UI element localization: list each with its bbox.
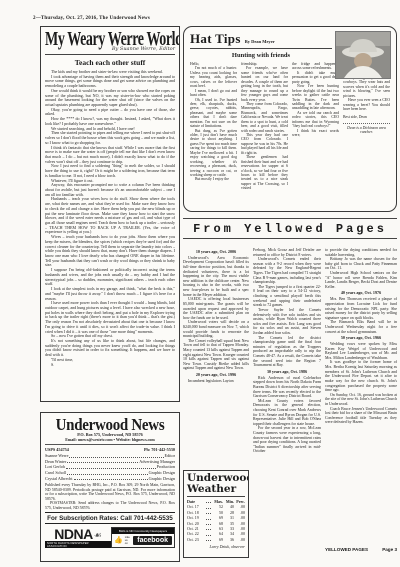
weather-title-line2: Weather — [187, 484, 245, 495]
yellowed-paragraph: The Bismarck Elks Band will be in Underw… — [325, 320, 397, 334]
yellowed-paragraph: McLean County voters favored Democrats i… — [253, 399, 321, 427]
weather-table-rows: Oct. 17 52 40 .00 Oct. 18 50 28 .00 Oct.… — [187, 504, 245, 542]
yellowed-paragraph: Freborg, Mick Grosz and Jeff Detzler are… — [253, 248, 321, 257]
staff-row: Crystal Albrecht Graphic Design — [45, 476, 175, 482]
dotted-leader — [206, 504, 211, 508]
yellowed-paragraph: The Tigers jumped to a first quarter 22-… — [253, 285, 321, 308]
staff-role: Graphic Design — [149, 476, 175, 482]
yellowed-paragraph: Underwood's Comets ended their season wi… — [253, 257, 321, 285]
werre-paragraph: Husbands – teach your wives how to do st… — [45, 197, 175, 235]
dotted-leader — [206, 510, 211, 514]
hat-tips-paragraph: the fridge and happened across some refr… — [292, 62, 339, 71]
weather-prec-cell: .00 — [234, 537, 245, 542]
yellowed-pages-header: From Yellowed Pages — [183, 218, 397, 239]
yellowed-paragraph: On Sunday, Oct. 16, ground was broken at… — [325, 393, 397, 407]
yellowed-paragraph: Rick Anderson of rural Coleharbor steppe… — [253, 376, 321, 399]
subscription-rates-bar: For Subscription Rates: Call 701-442-553… — [45, 512, 175, 524]
yellowed-paragraph: Underwood's Area Economic Development Co… — [183, 256, 249, 297]
news-contact-line: Email: unews@westriv.com • Website: bhgn… — [45, 437, 175, 442]
werre-paragraph: One would think it would be my brother o… — [45, 89, 175, 108]
news-meta-row: USPS 454754 Ph: 701-442-5530 — [45, 444, 175, 453]
dotted-leader — [67, 470, 148, 475]
hat-tips-column-3: the fridge and happened across some refr… — [292, 62, 339, 192]
yellowed-paragraph: Underwood voters will decide on a $240,0… — [183, 320, 249, 338]
hat-tips-column-4: "In Wyoming they have real cowboys. They… — [343, 62, 390, 206]
ndna-subtitle: NORTH DAKOTA NEWSPAPER ASSOCIATION — [45, 541, 111, 548]
news-masthead-title: Underwood News — [45, 416, 175, 434]
hat-tips-paragraph: Now I've been hunting before daylight ti… — [292, 84, 339, 111]
yellowed-column-2: Freborg, Mick Grosz and Jeff Detzler are… — [253, 248, 321, 562]
werre-masthead-title: My Weary Werre World — [45, 29, 175, 57]
publisher-notice: Published every Thursday by BHG, Inc., P… — [45, 483, 175, 501]
werre-paragraph: I have used more power tools than I ever… — [45, 301, 175, 334]
hat-tips-paragraph: Dean is a Dickinson area rancher. — [343, 123, 390, 135]
news-masthead-box: Underwood News P.O. Box 575, Underwood, … — [40, 412, 180, 562]
dotted-leader — [206, 499, 211, 503]
werre-paragraph: Anyway, this encounter prompted me to wr… — [45, 183, 175, 197]
hat-tips-paragraph: They come from Colorado, Minneapolis, Fa… — [241, 102, 288, 133]
weather-title: Underwood Weather — [187, 473, 245, 497]
hat-tips-title: Hat Tips — [190, 31, 241, 47]
werre-column-box: My Weary Werre World By Suanne Werre, Ed… — [40, 26, 180, 402]
dotted-leader — [206, 521, 211, 525]
weather-box: Underwood Weather Date Max. Min. Prec. O… — [183, 470, 249, 558]
dotted-leader — [67, 459, 138, 464]
yellowed-column-1: 10 years ago, Oct. 2006Underwood's Area … — [183, 248, 249, 466]
yellowed-paragraph: 20 years ago, Oct. 1996 — [183, 373, 249, 378]
postmaster-notice: POSTMASTER: Send address changes to The … — [45, 501, 175, 510]
werre-paragraph: I took advantage of having them and thei… — [45, 75, 175, 89]
hat-tips-paragraph: This year they had one CEO from Colorado… — [241, 133, 288, 155]
staff-list: Suanne Werre Editor Dean Winter Advertis… — [45, 453, 175, 481]
dotted-leader — [74, 476, 148, 481]
ndna-wordmark: NDNA — [54, 527, 92, 541]
yellowed-paragraph: Mrs. Ben Thomson received a plaque of ap… — [325, 297, 397, 320]
page-folio: 2—Thursday, Oct. 27, 2016, The Underwood… — [33, 16, 150, 21]
yellowed-paragraph: Incumbent legislators Layton — [183, 379, 249, 384]
werre-paragraph: I suppose I'm being old-fashioned or pol… — [45, 268, 175, 287]
hat-tips-column-1: Hello,I'm not much of a hunter. Unless y… — [190, 62, 237, 192]
dotted-leader — [206, 537, 211, 541]
werre-headline: Teach each other stuff — [45, 58, 175, 67]
phone-number: Ph: 701-442-5530 — [144, 447, 175, 452]
yellowed-continuation-line: YELLOWED PAGES Page 3 — [325, 547, 397, 552]
wheat-icon: ☙ — [94, 530, 102, 541]
yellowed-paragraph: It was goodbye to the former home of Mrs… — [325, 360, 397, 392]
yellowed-paragraph: Wedding vows were spoken by Miss Karen K… — [325, 342, 397, 360]
hat-tips-paragraph: I think his exact words were, — [292, 129, 339, 138]
weather-min-cell: 36 — [223, 537, 234, 542]
hat-tips-paragraph: "In Wyoming they have real cowboys. They… — [343, 76, 390, 98]
like-us-label: Like us on — [125, 536, 132, 545]
columnist-photo — [335, 31, 391, 79]
dotted-leader — [66, 464, 156, 469]
werre-paragraph: It's not something any of us like to thi… — [45, 339, 175, 358]
werre-paragraph: I look at the simplest tools in my garag… — [45, 287, 175, 301]
werre-paragraph: Wives – teach your husbands how to do yo… — [45, 235, 175, 268]
hat-tips-paragraph: As we told our ranch and rodeo stories, … — [292, 111, 339, 129]
yellowed-paragraph: 10 years ago, Oct. 2006 — [183, 250, 249, 255]
werre-paragraph: Then she started pointing to pipes and t… — [45, 131, 175, 145]
hat-tips-column-2: friendship.For example, we have some fri… — [241, 62, 288, 192]
weather-max-cell: 69 — [212, 537, 223, 542]
dotted-leader — [206, 526, 211, 530]
cowboy-hat-portrait-icon — [336, 32, 390, 78]
ndna-logo: NDNA ☙ NORTH DAKOTA NEWSPAPER ASSOCIATIO… — [45, 527, 111, 548]
yellowed-paragraph: UAEDC is offering local businesses $5,00… — [183, 297, 249, 320]
yellowed-paragraph: 30 years ago, Oct. 1986 — [253, 370, 321, 375]
yellowed-paragraph: 40 years ago, Oct. 1976 — [325, 291, 397, 296]
dotted-leader — [69, 453, 163, 458]
hat-tips-paragraph: I'm not much of a hunter. Unless you cou… — [190, 66, 237, 88]
hat-tips-box: Hat Tips By Dean Meyer Hunting with frie… — [183, 26, 397, 212]
yellowed-paragraph: Coach Bruce Jensen's Underwood Comets lo… — [325, 407, 397, 425]
hat-tips-paragraph: But mostly I enjoy the — [190, 177, 237, 181]
hat-tips-body: Hello,I'm not much of a hunter. Unless y… — [190, 62, 390, 206]
dotted-leader — [206, 531, 211, 535]
facebook-logo: facebook — [133, 536, 172, 545]
werre-paragraph: I think it's fantastic that she knows th… — [45, 146, 175, 165]
yellowed-paragraph: The Comets led the district championship… — [253, 336, 321, 368]
weather-observer-credit: Larry Dziuk, observer — [187, 544, 245, 549]
hat-tips-paragraph: Best side, Dean — [343, 115, 390, 119]
logo-row: NDNA ☙ NORTH DAKOTA NEWSPAPER ASSOCIATIO… — [45, 527, 175, 548]
hat-tips-paragraph: For example, we have some friends who've… — [241, 66, 288, 102]
yellowed-paragraph: The Comet volleyball squad beat New Town… — [183, 339, 249, 371]
hat-tips-paragraph: But dang, as I've gotten older, I just d… — [190, 129, 237, 178]
hat-tips-headline: Hunting with friends — [190, 52, 332, 59]
werre-paragraph: Now I just need to find a soldering "thi… — [45, 164, 175, 178]
newspaper-page: 2—Thursday, Oct. 27, 2016, The Underwood… — [0, 0, 400, 567]
yellowed-paragraph: to provide the drying conditions needed … — [325, 248, 397, 257]
weather-row: Oct. 23 69 36 .00 — [187, 537, 245, 542]
hat-tips-header: Hat Tips By Dean Meyer — [190, 31, 332, 49]
facebook-promo-block: BHG is ND Community Newspapers 👍 Like us… — [111, 527, 175, 548]
werre-body-text: The kids and my brother and sister-in-la… — [45, 70, 175, 367]
usps-number: USPS 454754 — [45, 447, 69, 452]
yellowed-pages-title: From Yellowed Pages — [183, 222, 397, 239]
yellowed-paragraph: 50 years ago, Oct. 1966 — [325, 336, 397, 341]
hat-tips-paragraph: It didn't take much persuasion to get a … — [292, 71, 339, 84]
yellowed-paragraph: Brittany Jo was the name chosen for the … — [325, 257, 397, 271]
yellowed-paragraph: For the second year in a row, McLean Cou… — [253, 426, 321, 454]
hat-tips-paragraph: These gentlemen had finished their hunt … — [241, 155, 288, 191]
weather-date-cell: Oct. 23 — [187, 537, 205, 542]
hat-tips-paragraph: Have you ever seen a CEO wearing a beret… — [343, 98, 390, 111]
hat-tips-paragraph: I mean, I don't go out and hunt often. — [190, 89, 237, 98]
yellowed-column-3: to provide the drying conditions needed … — [325, 248, 397, 544]
yellowed-continuation-page: Page 3 — [382, 547, 397, 552]
yellowed-continuation-label: YELLOWED PAGES — [325, 547, 368, 552]
staff-name: Crystal Albrecht — [45, 476, 73, 482]
hat-tips-paragraph: Oh, I used to. I've hunted deer, elk, sh… — [190, 98, 237, 129]
hat-tips-byline: By Dean Meyer — [245, 39, 275, 44]
thumbs-up-icon: 👍 — [114, 537, 123, 544]
yellowed-paragraph: Underwood High School seniors on the "A"… — [325, 271, 397, 289]
werre-paragraph: S. — [45, 363, 175, 368]
dotted-leader — [206, 515, 211, 519]
yellowed-paragraph: Trevor Sayler led the Comets defensively… — [253, 308, 321, 336]
